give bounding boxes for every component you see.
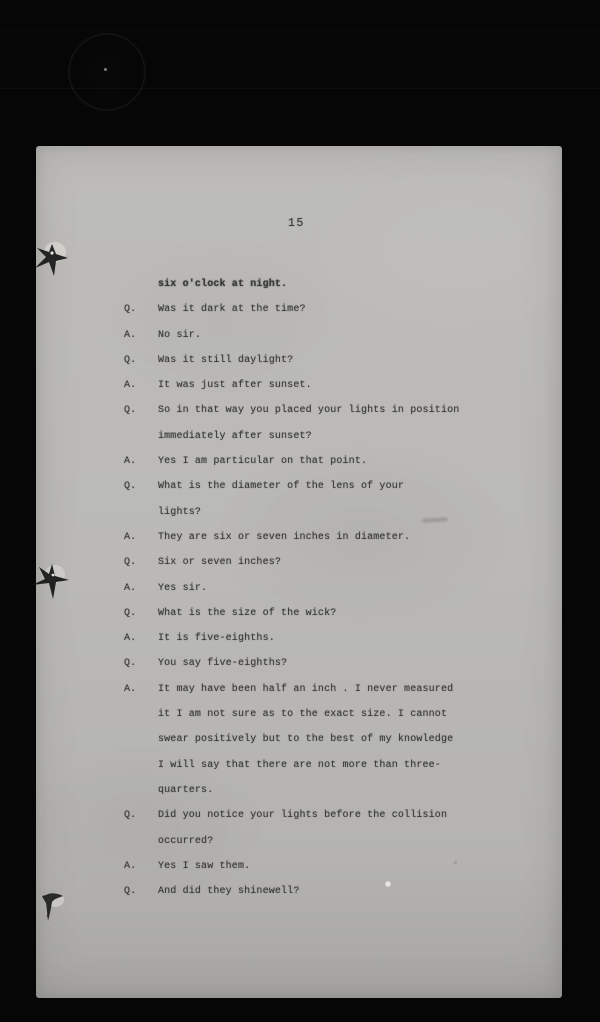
transcript-row: six o'clock at night. [36,279,562,304]
transcript-row: A.It was just after sunset. [36,380,562,405]
line-text: What is the size of the wick? [158,608,336,619]
speaker-label: A. [124,456,136,467]
line-text: It may have been half an inch . I never … [158,684,453,695]
transcript-row: Q.Was it dark at the time? [36,304,562,329]
line-text: Yes sir. [158,583,207,594]
line-text: swear positively but to the best of my k… [158,734,453,745]
page-number: 15 [288,217,305,230]
speaker-label: Q. [124,481,136,492]
document-page: 15 six o'clock at night.Q.Was it dark at… [36,146,562,998]
transcript-row: swear positively but to the best of my k… [36,734,562,759]
scan-dot-artifact [104,68,107,71]
transcript-row: I will say that there are not more than … [36,760,562,785]
binding-tear-mark [34,240,72,282]
line-text: Yes I am particular on that point. [158,456,367,467]
line-text: occurred? [158,836,213,847]
line-text: Was it still daylight? [158,355,293,366]
line-text: And did they shinewell? [158,886,299,897]
transcript: six o'clock at night.Q.Was it dark at th… [36,279,562,911]
scan-seam-line [0,30,600,31]
speaker-label: Q. [124,810,136,821]
transcript-row: Q.So in that way you placed your lights … [36,405,562,430]
line-text: What is the diameter of the lens of your [158,481,404,492]
line-text: So in that way you placed your lights in… [158,405,459,416]
speaker-label: Q. [124,355,136,366]
line-text: lights? [158,507,201,518]
line-text: it I am not sure as to the exact size. I… [158,709,447,720]
transcript-row: occurred? [36,836,562,861]
speaker-label: A. [124,380,136,391]
speaker-label: Q. [124,658,136,669]
transcript-row: Q.Was it still daylight? [36,355,562,380]
speaker-label: A. [124,330,136,341]
transcript-row: A.Yes sir. [36,583,562,608]
transcript-row: lights? [36,507,562,532]
speaker-label: A. [124,633,136,644]
speaker-label: A. [124,532,136,543]
line-text: Six or seven inches? [158,557,281,568]
speaker-label: Q. [124,304,136,315]
line-text: immediately after sunset? [158,431,312,442]
line-text: quarters. [158,785,213,796]
transcript-row: A.Yes I am particular on that point. [36,456,562,481]
speaker-label: Q. [124,557,136,568]
speaker-label: Q. [124,405,136,416]
line-text: Did you notice your lights before the co… [158,810,447,821]
transcript-row: Q.Did you notice your lights before the … [36,810,562,835]
scan-circle-artifact [68,33,146,111]
transcript-row: A.No sir. [36,330,562,355]
transcript-row: Q.And did they shinewell? [36,886,562,911]
speaker-label: A. [124,861,136,872]
transcript-row: Q.Six or seven inches? [36,557,562,582]
transcript-row: A.It is five-eighths. [36,633,562,658]
speaker-label: Q. [124,886,136,897]
speaker-label: Q. [124,608,136,619]
transcript-row: Q.What is the size of the wick? [36,608,562,633]
line-text: Yes I saw them. [158,861,250,872]
line-text: No sir. [158,330,201,341]
line-text: It is five-eighths. [158,633,275,644]
transcript-row: A.They are six or seven inches in diamet… [36,532,562,557]
transcript-row: A.Yes I saw them. [36,861,562,886]
line-text: You say five-eighths? [158,658,287,669]
dust-speck-artifact [454,861,457,864]
line-text: It was just after sunset. [158,380,312,391]
line-text: I will say that there are not more than … [158,760,441,771]
transcript-row: A.It may have been half an inch . I neve… [36,684,562,709]
transcript-row: Q.What is the diameter of the lens of yo… [36,481,562,506]
line-text: They are six or seven inches in diameter… [158,532,410,543]
line-text: Was it dark at the time? [158,304,306,315]
speaker-label: A. [124,583,136,594]
transcript-row: Q.You say five-eighths? [36,658,562,683]
transcript-row: quarters. [36,785,562,810]
line-text: six o'clock at night. [158,279,287,290]
transcript-row: immediately after sunset? [36,431,562,456]
transcript-row: it I am not sure as to the exact size. I… [36,709,562,734]
white-speck-artifact [385,881,391,887]
speaker-label: A. [124,684,136,695]
